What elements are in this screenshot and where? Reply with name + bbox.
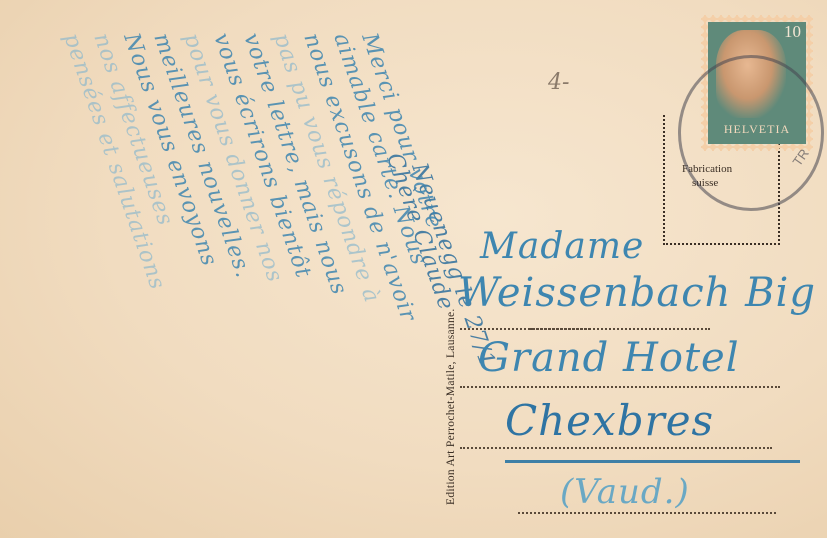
postcard-back: Neuenegg le 27/1 Chère Claude Merci pour…	[0, 0, 827, 538]
address-line-recipient-name: Weissenbach Big	[458, 270, 816, 316]
address-line-town: Chexbres	[505, 396, 714, 445]
address-line-canton: (Vaud.)	[560, 472, 690, 512]
address-dotted-line	[460, 386, 780, 388]
pencil-price-mark: 4-	[548, 70, 569, 95]
postmark-cancellation	[678, 55, 824, 211]
publisher-imprint: Edition Art Perrochet-Matile, Lausanne.	[445, 308, 457, 505]
address-dotted-line	[460, 447, 772, 449]
town-underline	[505, 460, 800, 463]
address-line-hotel: Grand Hotel	[478, 335, 740, 381]
stamp-value: 10	[784, 22, 801, 42]
address-dotted-line	[530, 328, 710, 330]
handwritten-message: Neuenegg le 27/1 Chère Claude Merci pour…	[0, 0, 440, 538]
address-line-recipient-title: Madame	[480, 226, 644, 267]
address-dotted-line	[518, 512, 776, 514]
